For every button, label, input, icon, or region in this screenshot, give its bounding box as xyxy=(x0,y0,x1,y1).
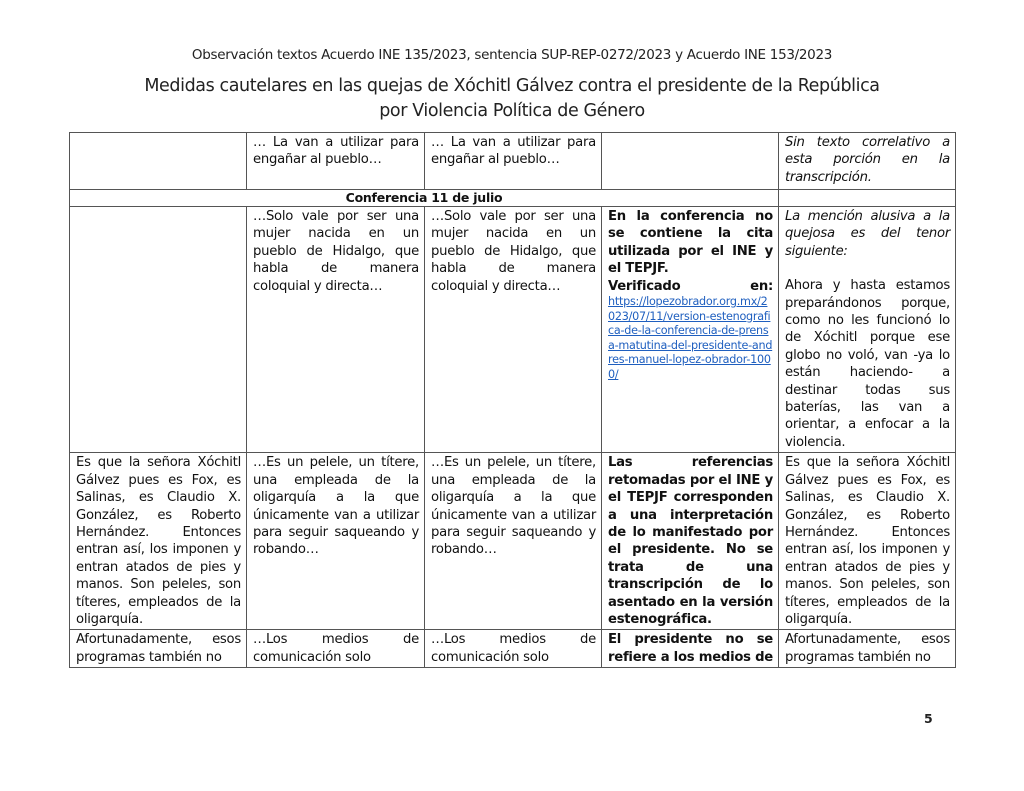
verified-label: Verificado en: xyxy=(608,278,773,295)
cell-correlative-text: Es que la señora Xóchitl Gálvez pues es … xyxy=(779,453,956,630)
correlative-quote: Ahora y hasta estamos preparándonos porq… xyxy=(785,277,950,451)
section-header-row: Conferencia 11 de julio xyxy=(70,190,956,207)
cell-observation: El presidente no se refiere a los medios… xyxy=(602,630,779,668)
cell-empty xyxy=(779,190,956,207)
table-row: … La van a utilizar para engañar al pueb… xyxy=(70,133,956,190)
comparison-table: … La van a utilizar para engañar al pueb… xyxy=(69,132,956,668)
cell-transcript xyxy=(70,133,247,190)
cell-ine-quote: …Los medios de comunicación solo xyxy=(247,630,425,668)
table-row: Es que la señora Xóchitl Gálvez pues es … xyxy=(70,453,956,630)
cell-transcript: Es que la señora Xóchitl Gálvez pues es … xyxy=(70,453,247,630)
section-header-conference: Conferencia 11 de julio xyxy=(70,190,779,207)
page-number: 5 xyxy=(924,711,933,726)
cell-transcript: Afortunadamente, esos programas también … xyxy=(70,630,247,668)
correlative-intro: La mención alusiva a la quejosa es del t… xyxy=(785,208,950,260)
cell-observation xyxy=(602,133,779,190)
cell-tepjf-quote: …Es un pelele, un títere, una empleada d… xyxy=(425,453,602,630)
document-title-line-2: por Violencia Política de Género xyxy=(0,101,1024,121)
cell-ine-quote: … La van a utilizar para engañar al pueb… xyxy=(247,133,425,190)
cell-correlative-text: La mención alusiva a la quejosa es del t… xyxy=(779,207,956,453)
cell-correlative-text: Sin texto correlativo a esta porción en … xyxy=(779,133,956,190)
cell-correlative-text: Afortunadamente, esos programas también … xyxy=(779,630,956,668)
source-link[interactable]: https://lopezobrador.org.mx/2023/07/11/v… xyxy=(608,295,773,382)
document-title-line-1: Medidas cautelares en las quejas de Xóch… xyxy=(0,76,1024,96)
table-row: …Solo vale por ser una mujer nacida en u… xyxy=(70,207,956,453)
document-subtitle: Observación textos Acuerdo INE 135/2023,… xyxy=(0,47,1024,63)
observation-text: En la conferencia no se contiene la cita… xyxy=(608,209,773,276)
cell-tepjf-quote: …Los medios de comunicación solo xyxy=(425,630,602,668)
cell-transcript xyxy=(70,207,247,453)
table-row: Afortunadamente, esos programas también … xyxy=(70,630,956,668)
cell-tepjf-quote: … La van a utilizar para engañar al pueb… xyxy=(425,133,602,190)
cell-ine-quote: …Solo vale por ser una mujer nacida en u… xyxy=(247,207,425,453)
cell-ine-quote: …Es un pelele, un títere, una empleada d… xyxy=(247,453,425,630)
cell-observation: En la conferencia no se contiene la cita… xyxy=(602,207,779,453)
cell-observation: Las referencias retomadas por el INE y e… xyxy=(602,453,779,630)
cell-tepjf-quote: …Solo vale por ser una mujer nacida en u… xyxy=(425,207,602,453)
